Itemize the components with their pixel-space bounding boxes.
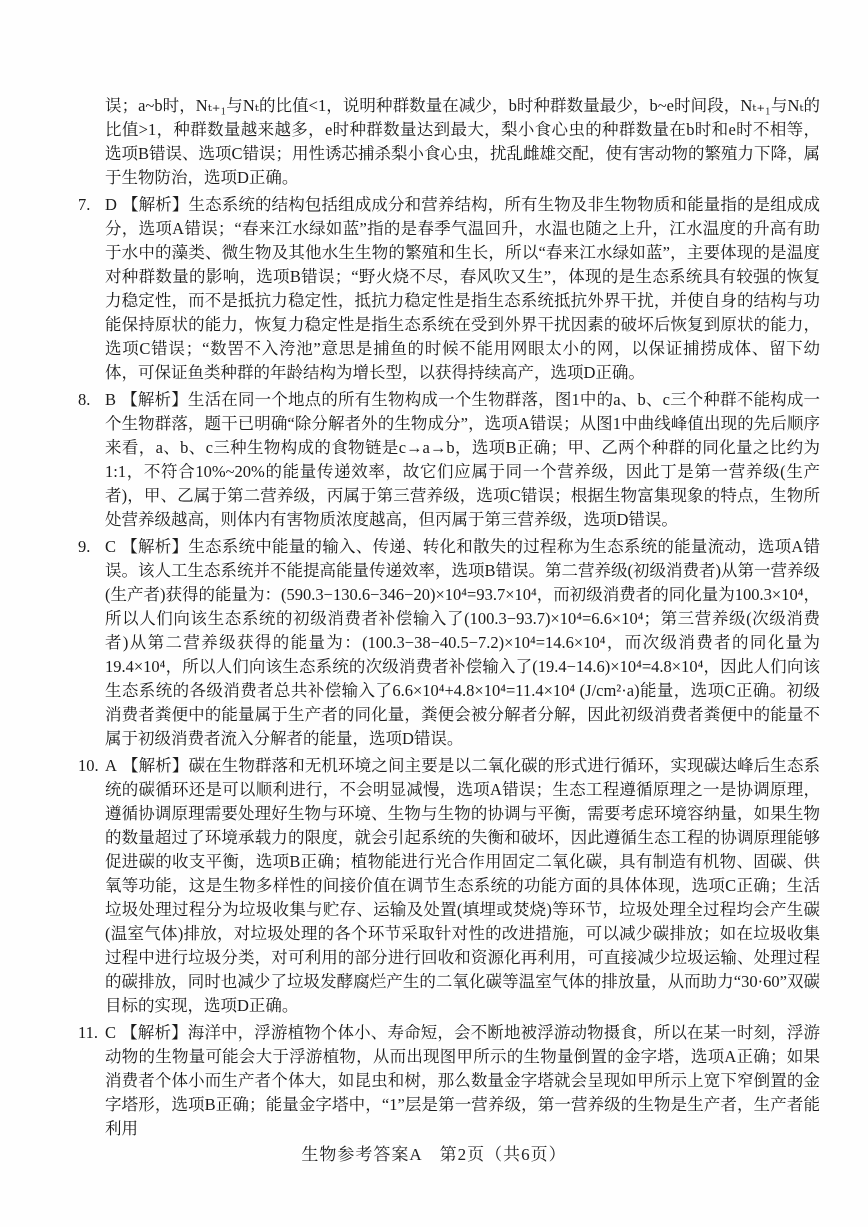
analysis-label: 【解析】: [121, 390, 188, 409]
analysis-text: 碳在生物群落和无机环境之间主要是以二氧化碳的形式进行循环，实现碳达峰后生态系统的…: [105, 756, 820, 1015]
answer-analysis: D【解析】生态系统的结构包括组成成分和营养结构，所有生物及非生物物质和能量指的是…: [105, 193, 820, 385]
answer-item-9: 9. C【解析】生态系统中能量的输入、传递、转化和散失的过程称为生态系统的能量流…: [78, 535, 820, 751]
answer-analysis: C【解析】海洋中，浮游植物个体小、寿命短，会不断地被浮游动物摄食，所以在某一时刻…: [105, 1021, 820, 1141]
answer-letter: C: [105, 537, 116, 556]
analysis-text: 生态系统的结构包括组成成分和营养结构，所有生物及非生物物质和能量指的是组成成分，…: [105, 195, 820, 382]
question-number: 8.: [78, 388, 105, 532]
analysis-label: 【解析】: [121, 537, 188, 556]
answer-item-10: 10. A【解析】碳在生物群落和无机环境之间主要是以二氧化碳的形式进行循环，实现…: [78, 754, 820, 1018]
question-number: 11.: [78, 1021, 105, 1141]
analysis-label: 【解析】: [121, 1023, 188, 1042]
answer-analysis: A【解析】碳在生物群落和无机环境之间主要是以二氧化碳的形式进行循环，实现碳达峰后…: [105, 754, 820, 1018]
answer-letter: D: [105, 195, 117, 214]
answers-section: 误；a~b时，Nₜ₊₁与Nₜ的比值<1，说明种群数量在减少，b时种群数量最少，b…: [78, 94, 820, 1141]
answer-analysis: B【解析】生活在同一个地点的所有生物构成一个生物群落，图1中的a、b、c三个种群…: [105, 388, 820, 532]
answer-item-11: 11. C【解析】海洋中，浮游植物个体小、寿命短，会不断地被浮游动物摄食，所以在…: [78, 1021, 820, 1141]
answer-analysis: C【解析】生态系统中能量的输入、传递、转化和散失的过程称为生态系统的能量流动，选…: [105, 535, 820, 751]
analysis-label: 【解析】: [122, 756, 189, 775]
answer-letter: A: [105, 756, 117, 775]
answer-letter: C: [105, 1023, 116, 1042]
analysis-label: 【解析】: [122, 195, 189, 214]
continuation-paragraph: 误；a~b时，Nₜ₊₁与Nₜ的比值<1，说明种群数量在减少，b时种群数量最少，b…: [105, 94, 820, 190]
analysis-text: 生态系统中能量的输入、传递、转化和散失的过程称为生态系统的能量流动，选项A错误。…: [105, 537, 820, 748]
answer-item-7: 7. D【解析】生态系统的结构包括组成成分和营养结构，所有生物及非生物物质和能量…: [78, 193, 820, 385]
page-footer-text: 生物参考答案A 第2页（共6页）: [301, 1145, 566, 1164]
analysis-text: 生活在同一个地点的所有生物构成一个生物群落，图1中的a、b、c三个种群不能构成一…: [105, 390, 820, 529]
question-number: 9.: [78, 535, 105, 751]
answer-item-8: 8. B【解析】生活在同一个地点的所有生物构成一个生物群落，图1中的a、b、c三…: [78, 388, 820, 532]
analysis-text: 海洋中，浮游植物个体小、寿命短，会不断地被浮游动物摄食，所以在某一时刻，浮游动物…: [105, 1023, 820, 1138]
question-number: 7.: [78, 193, 105, 385]
page-footer: 生物参考答案A 第2页（共6页）: [0, 1140, 868, 1165]
question-number: 10.: [78, 754, 105, 1018]
answer-letter: B: [105, 390, 116, 409]
